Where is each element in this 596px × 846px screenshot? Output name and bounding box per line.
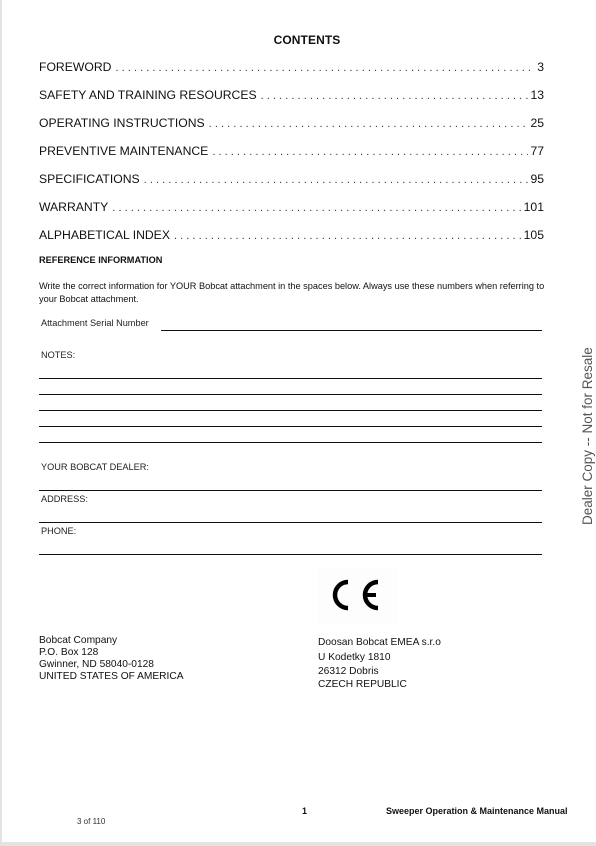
toc-entry-maintenance[interactable]: PREVENTIVE MAINTENANCE .................… [39,144,544,172]
toc-label: SAFETY AND TRAINING RESOURCES [39,88,261,102]
notes-line [39,378,542,379]
toc-entry-operating[interactable]: OPERATING INSTRUCTIONS .................… [39,116,544,144]
toc-page-number: 77 [528,144,544,158]
dealer-line [39,490,542,491]
toc-page-number: 3 [535,60,544,74]
toc-entry-foreword[interactable]: FOREWORD ...............................… [39,60,544,88]
toc-leader-dots: ........................................… [112,202,521,214]
toc-label: PREVENTIVE MAINTENANCE [39,144,212,158]
notes-line [39,426,542,427]
toc-leader-dots: ........................................… [174,230,522,242]
toc-leader-dots: ........................................… [144,174,529,186]
toc-leader-dots: ........................................… [115,62,535,74]
reference-instructions: Write the correct information for YOUR B… [39,280,549,305]
toc-page-number: 25 [528,116,544,130]
serial-number-label: Attachment Serial Number [41,318,149,328]
eu-address: Doosan Bobcat EMEA s.r.o U Kodetky 1810 … [318,637,441,691]
address-line: 26312 Dobris [318,666,441,679]
dealer-label: YOUR BOBCAT DEALER: [41,462,149,472]
toc-page-number: 95 [528,172,544,186]
toc-entry-index[interactable]: ALPHABETICAL INDEX .....................… [39,228,544,256]
viewer-page-indicator: 3 of 110 [77,817,105,826]
toc-leader-dots: ........................................… [261,90,529,102]
reference-heading: REFERENCE INFORMATION [39,255,162,265]
notes-line [39,394,542,395]
address-line: Bobcat Company [39,635,184,647]
address-line: P.O. Box 128 [39,647,184,659]
notes-line [39,410,542,411]
notes-label: NOTES: [41,350,75,360]
table-of-contents: FOREWORD ...............................… [39,60,544,256]
address-line: CZECH REPUBLIC [318,679,441,692]
toc-leader-dots: ........................................… [212,146,528,158]
phone-label: PHONE: [41,526,76,536]
contents-title: CONTENTS [2,33,596,47]
address-label: ADDRESS: [41,494,88,504]
toc-leader-dots: ........................................… [209,118,529,130]
toc-label: ALPHABETICAL INDEX [39,228,174,242]
toc-label: FOREWORD [39,60,115,74]
toc-page-number: 101 [522,200,544,214]
address-line [39,522,542,523]
us-address: Bobcat Company P.O. Box 128 Gwinner, ND … [39,635,184,683]
toc-entry-warranty[interactable]: WARRANTY ...............................… [39,200,544,228]
toc-label: WARRANTY [39,200,112,214]
serial-number-line [161,330,542,331]
toc-label: SPECIFICATIONS [39,172,144,186]
footer-page-number: 1 [302,806,307,816]
toc-entry-specifications[interactable]: SPECIFICATIONS .........................… [39,172,544,200]
document-page: CONTENTS FOREWORD ......................… [2,0,596,842]
notes-line [39,442,542,443]
address-line: UNITED STATES OF AMERICA [39,671,184,683]
address-line: Gwinner, ND 58040-0128 [39,659,184,671]
footer-manual-title: Sweeper Operation & Maintenance Manual [386,806,568,816]
toc-page-number: 105 [522,228,544,242]
address-line: Doosan Bobcat EMEA s.r.o [318,637,441,650]
address-line: U Kodetky 1810 [318,652,441,665]
ce-mark-icon [318,568,398,624]
watermark: Dealer Copy -- Not for Resale [580,347,595,525]
toc-page-number: 13 [528,88,544,102]
toc-label: OPERATING INSTRUCTIONS [39,116,209,130]
toc-entry-safety[interactable]: SAFETY AND TRAINING RESOURCES ..........… [39,88,544,116]
phone-line [39,554,542,555]
